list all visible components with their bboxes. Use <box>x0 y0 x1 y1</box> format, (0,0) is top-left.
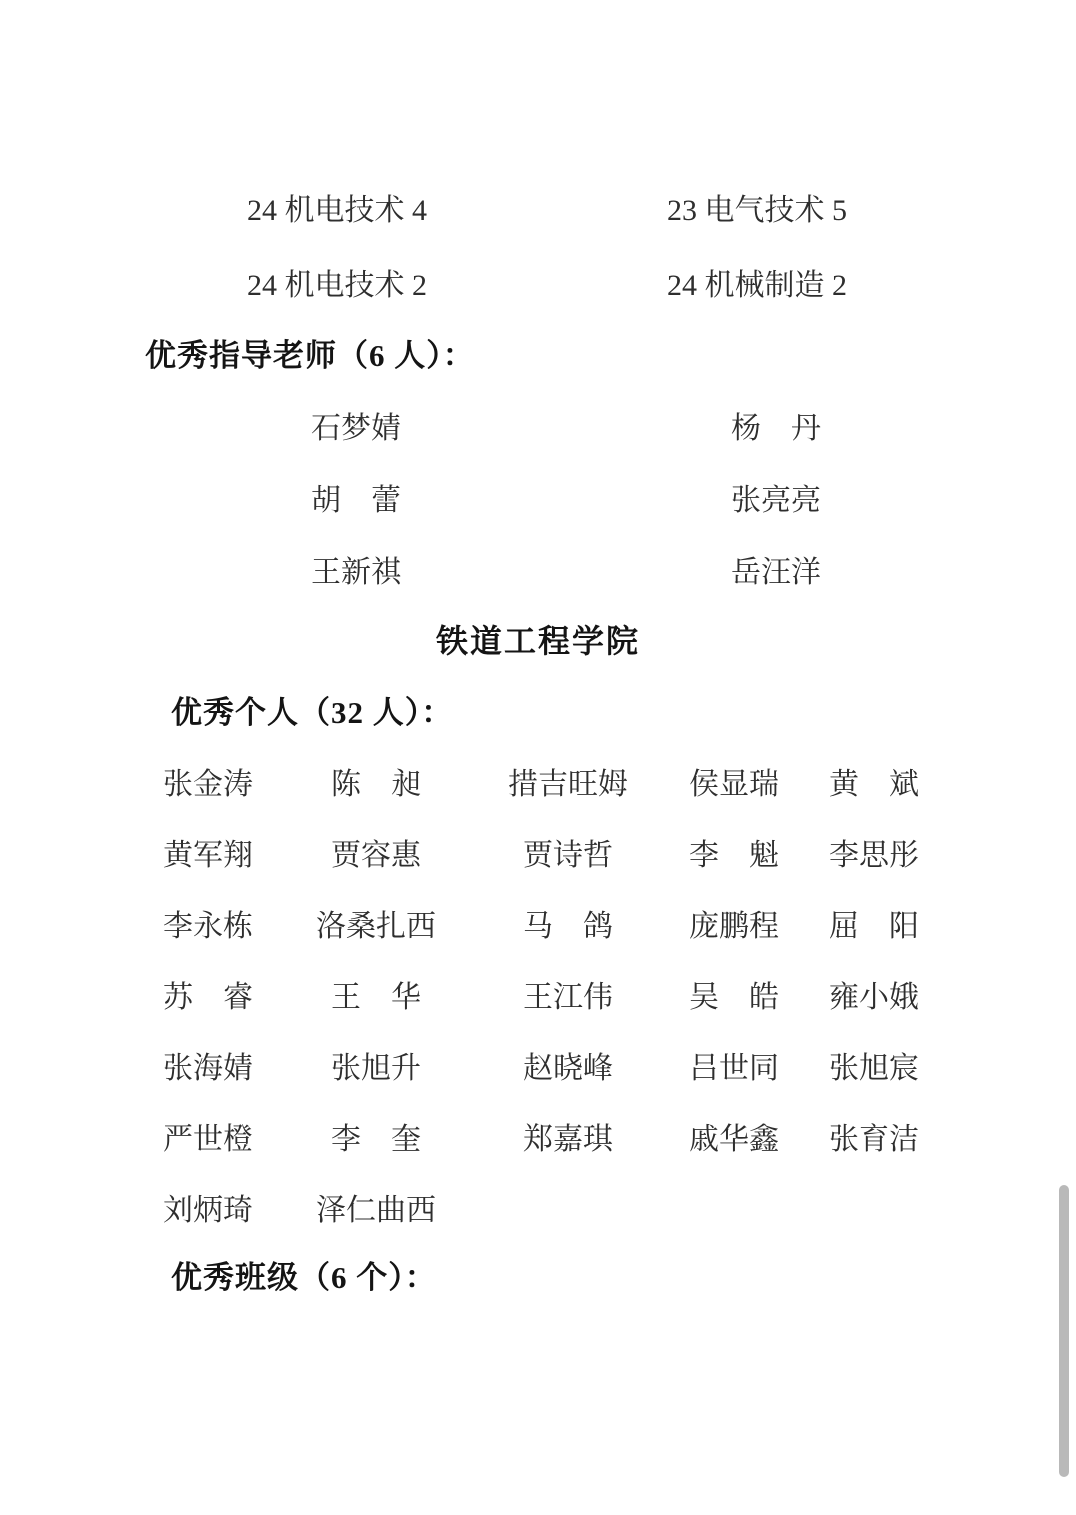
individual-name-cell <box>788 1196 960 1267</box>
individual-name-cell: 泽仁曲西 <box>296 1196 456 1267</box>
class-name-cell: 24 机电技术 4 <box>120 196 554 271</box>
individual-name-cell: 李 奎 <box>296 1125 456 1196</box>
individual-name-cell: 王 华 <box>296 983 456 1054</box>
individual-name-cell: 屈 阳 <box>788 912 960 983</box>
class-name-cell: 23 电气技术 5 <box>554 196 960 271</box>
individual-name-cell: 吕世同 <box>680 1054 788 1125</box>
individual-name-cell: 张育洁 <box>788 1125 960 1196</box>
individual-name-cell: 吴 皓 <box>680 983 788 1054</box>
teacher-name-cell: 杨 丹 <box>592 414 960 486</box>
individual-name-cell: 侯显瑞 <box>680 770 788 841</box>
teacher-name-cell: 石梦婧 <box>120 414 592 486</box>
classes-heading: 优秀班级（6 个）： <box>171 1261 437 1295</box>
individual-name-cell <box>680 1196 788 1267</box>
teacher-name-cell: 岳汪洋 <box>592 558 960 630</box>
individual-name-cell: 马 鸽 <box>456 912 680 983</box>
college-title: 铁道工程学院 <box>0 624 1076 658</box>
individual-name-cell: 黄军翔 <box>120 841 296 912</box>
teacher-names-grid: 石梦婧杨 丹胡 蕾张亮亮王新祺岳汪洋 <box>120 414 960 630</box>
individual-name-cell: 戚华鑫 <box>680 1125 788 1196</box>
individual-name-cell: 李思彤 <box>788 841 960 912</box>
individual-name-cell: 张海婧 <box>120 1054 296 1125</box>
class-name-cell: 24 机电技术 2 <box>120 271 554 346</box>
individuals-heading: 优秀个人（32 人）： <box>171 696 453 730</box>
class-name-cell: 24 机械制造 2 <box>554 271 960 346</box>
individual-name-cell: 李永栋 <box>120 912 296 983</box>
scrollbar-thumb[interactable] <box>1059 1185 1069 1477</box>
individual-name-cell: 贾诗哲 <box>456 841 680 912</box>
teacher-name-cell: 张亮亮 <box>592 486 960 558</box>
individual-name-cell: 王江伟 <box>456 983 680 1054</box>
individual-name-cell: 李 魁 <box>680 841 788 912</box>
teachers-heading: 优秀指导老师（6 人）： <box>145 339 475 373</box>
individual-name-cell: 张旭宸 <box>788 1054 960 1125</box>
teacher-name-cell: 胡 蕾 <box>120 486 592 558</box>
individual-name-cell: 赵晓峰 <box>456 1054 680 1125</box>
teacher-name-cell: 王新祺 <box>120 558 592 630</box>
individual-name-cell: 庞鹏程 <box>680 912 788 983</box>
class-awards-grid: 24 机电技术 423 电气技术 524 机电技术 224 机械制造 2 <box>120 196 960 346</box>
individual-name-cell: 雍小娥 <box>788 983 960 1054</box>
individual-name-cell: 刘炳琦 <box>120 1196 296 1267</box>
individual-name-cell: 郑嘉琪 <box>456 1125 680 1196</box>
individual-name-cell: 贾容惠 <box>296 841 456 912</box>
individual-name-cell: 黄 斌 <box>788 770 960 841</box>
individual-names-grid: 张金涛陈 昶措吉旺姆侯显瑞黄 斌黄军翔贾容惠贾诗哲李 魁李思彤李永栋洛桑扎西马 … <box>120 770 960 1267</box>
individual-name-cell: 苏 睿 <box>120 983 296 1054</box>
individual-name-cell: 措吉旺姆 <box>456 770 680 841</box>
individual-name-cell: 张金涛 <box>120 770 296 841</box>
individual-name-cell <box>456 1196 680 1267</box>
individual-name-cell: 严世橙 <box>120 1125 296 1196</box>
document-page: 24 机电技术 423 电气技术 524 机电技术 224 机械制造 2 优秀指… <box>0 0 1076 1515</box>
individual-name-cell: 张旭升 <box>296 1054 456 1125</box>
individual-name-cell: 洛桑扎西 <box>296 912 456 983</box>
individual-name-cell: 陈 昶 <box>296 770 456 841</box>
